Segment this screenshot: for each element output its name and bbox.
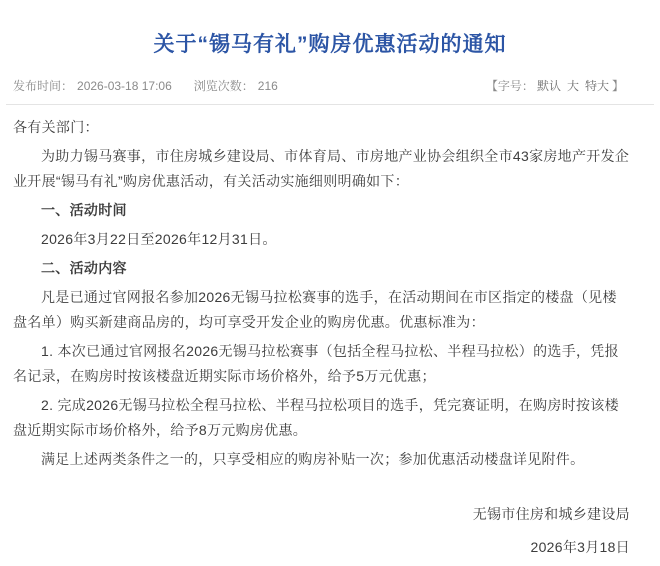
publish-time-value: 2026-03-18 17:06	[77, 79, 172, 93]
fontsize-suffix: 】	[612, 79, 624, 93]
salutation: 各有关部门：	[13, 115, 630, 140]
section-heading-time: 一、活动时间	[13, 198, 630, 223]
notice-body: 各有关部门： 为助力锡马赛事，市住房城乡建设局、市体育局、市房地产业协会组织全市…	[0, 105, 660, 560]
views-label: 浏览次数：	[194, 79, 254, 93]
fontsize-option-xlarge[interactable]: 特大	[585, 79, 609, 93]
meta-info: 发布时间：2026-03-18 17:06浏览次数：216	[13, 78, 282, 95]
activity-time-paragraph: 2026年3月22日至2026年12月31日。	[13, 227, 630, 252]
fontsize-option-large[interactable]: 大	[567, 79, 579, 93]
fontsize-prefix: 【字号：	[486, 79, 534, 93]
benefit-item-2: 2. 完成2026无锡马拉松全程马拉松、半程马拉松项目的选手，凭完赛证明，在购房…	[13, 393, 630, 443]
section-heading-content: 二、活动内容	[13, 256, 630, 281]
signature-org: 无锡市住房和城乡建设局	[13, 502, 630, 527]
fontsize-option-default[interactable]: 默认	[537, 79, 561, 93]
eligibility-paragraph: 凡是已通过官网报名参加2026无锡马拉松赛事的选手，在活动期间在市区指定的楼盘（…	[13, 285, 630, 335]
meta-row: 发布时间：2026-03-18 17:06浏览次数：216 【字号：默认大特大】	[0, 78, 660, 95]
signature-block: 无锡市住房和城乡建设局 2026年3月18日	[13, 502, 630, 560]
notice-page: 关于“锡马有礼”购房优惠活动的通知 发布时间：2026-03-18 17:06浏…	[0, 0, 660, 566]
intro-paragraph: 为助力锡马赛事，市住房城乡建设局、市体育局、市房地产业协会组织全市43家房地产开…	[13, 144, 630, 194]
publish-time-label: 发布时间：	[13, 79, 73, 93]
page-title: 关于“锡马有礼”购房优惠活动的通知	[0, 0, 660, 60]
benefit-item-1: 1. 本次已通过官网报名2026无锡马拉松赛事（包括全程马拉松、半程马拉松）的选…	[13, 339, 630, 389]
closing-paragraph: 满足上述两类条件之一的，只享受相应的购房补贴一次；参加优惠活动楼盘详见附件。	[13, 447, 630, 472]
fontsize-selector: 【字号：默认大特大】	[486, 78, 624, 95]
views-value: 216	[258, 79, 278, 93]
signature-date: 2026年3月18日	[13, 535, 630, 560]
